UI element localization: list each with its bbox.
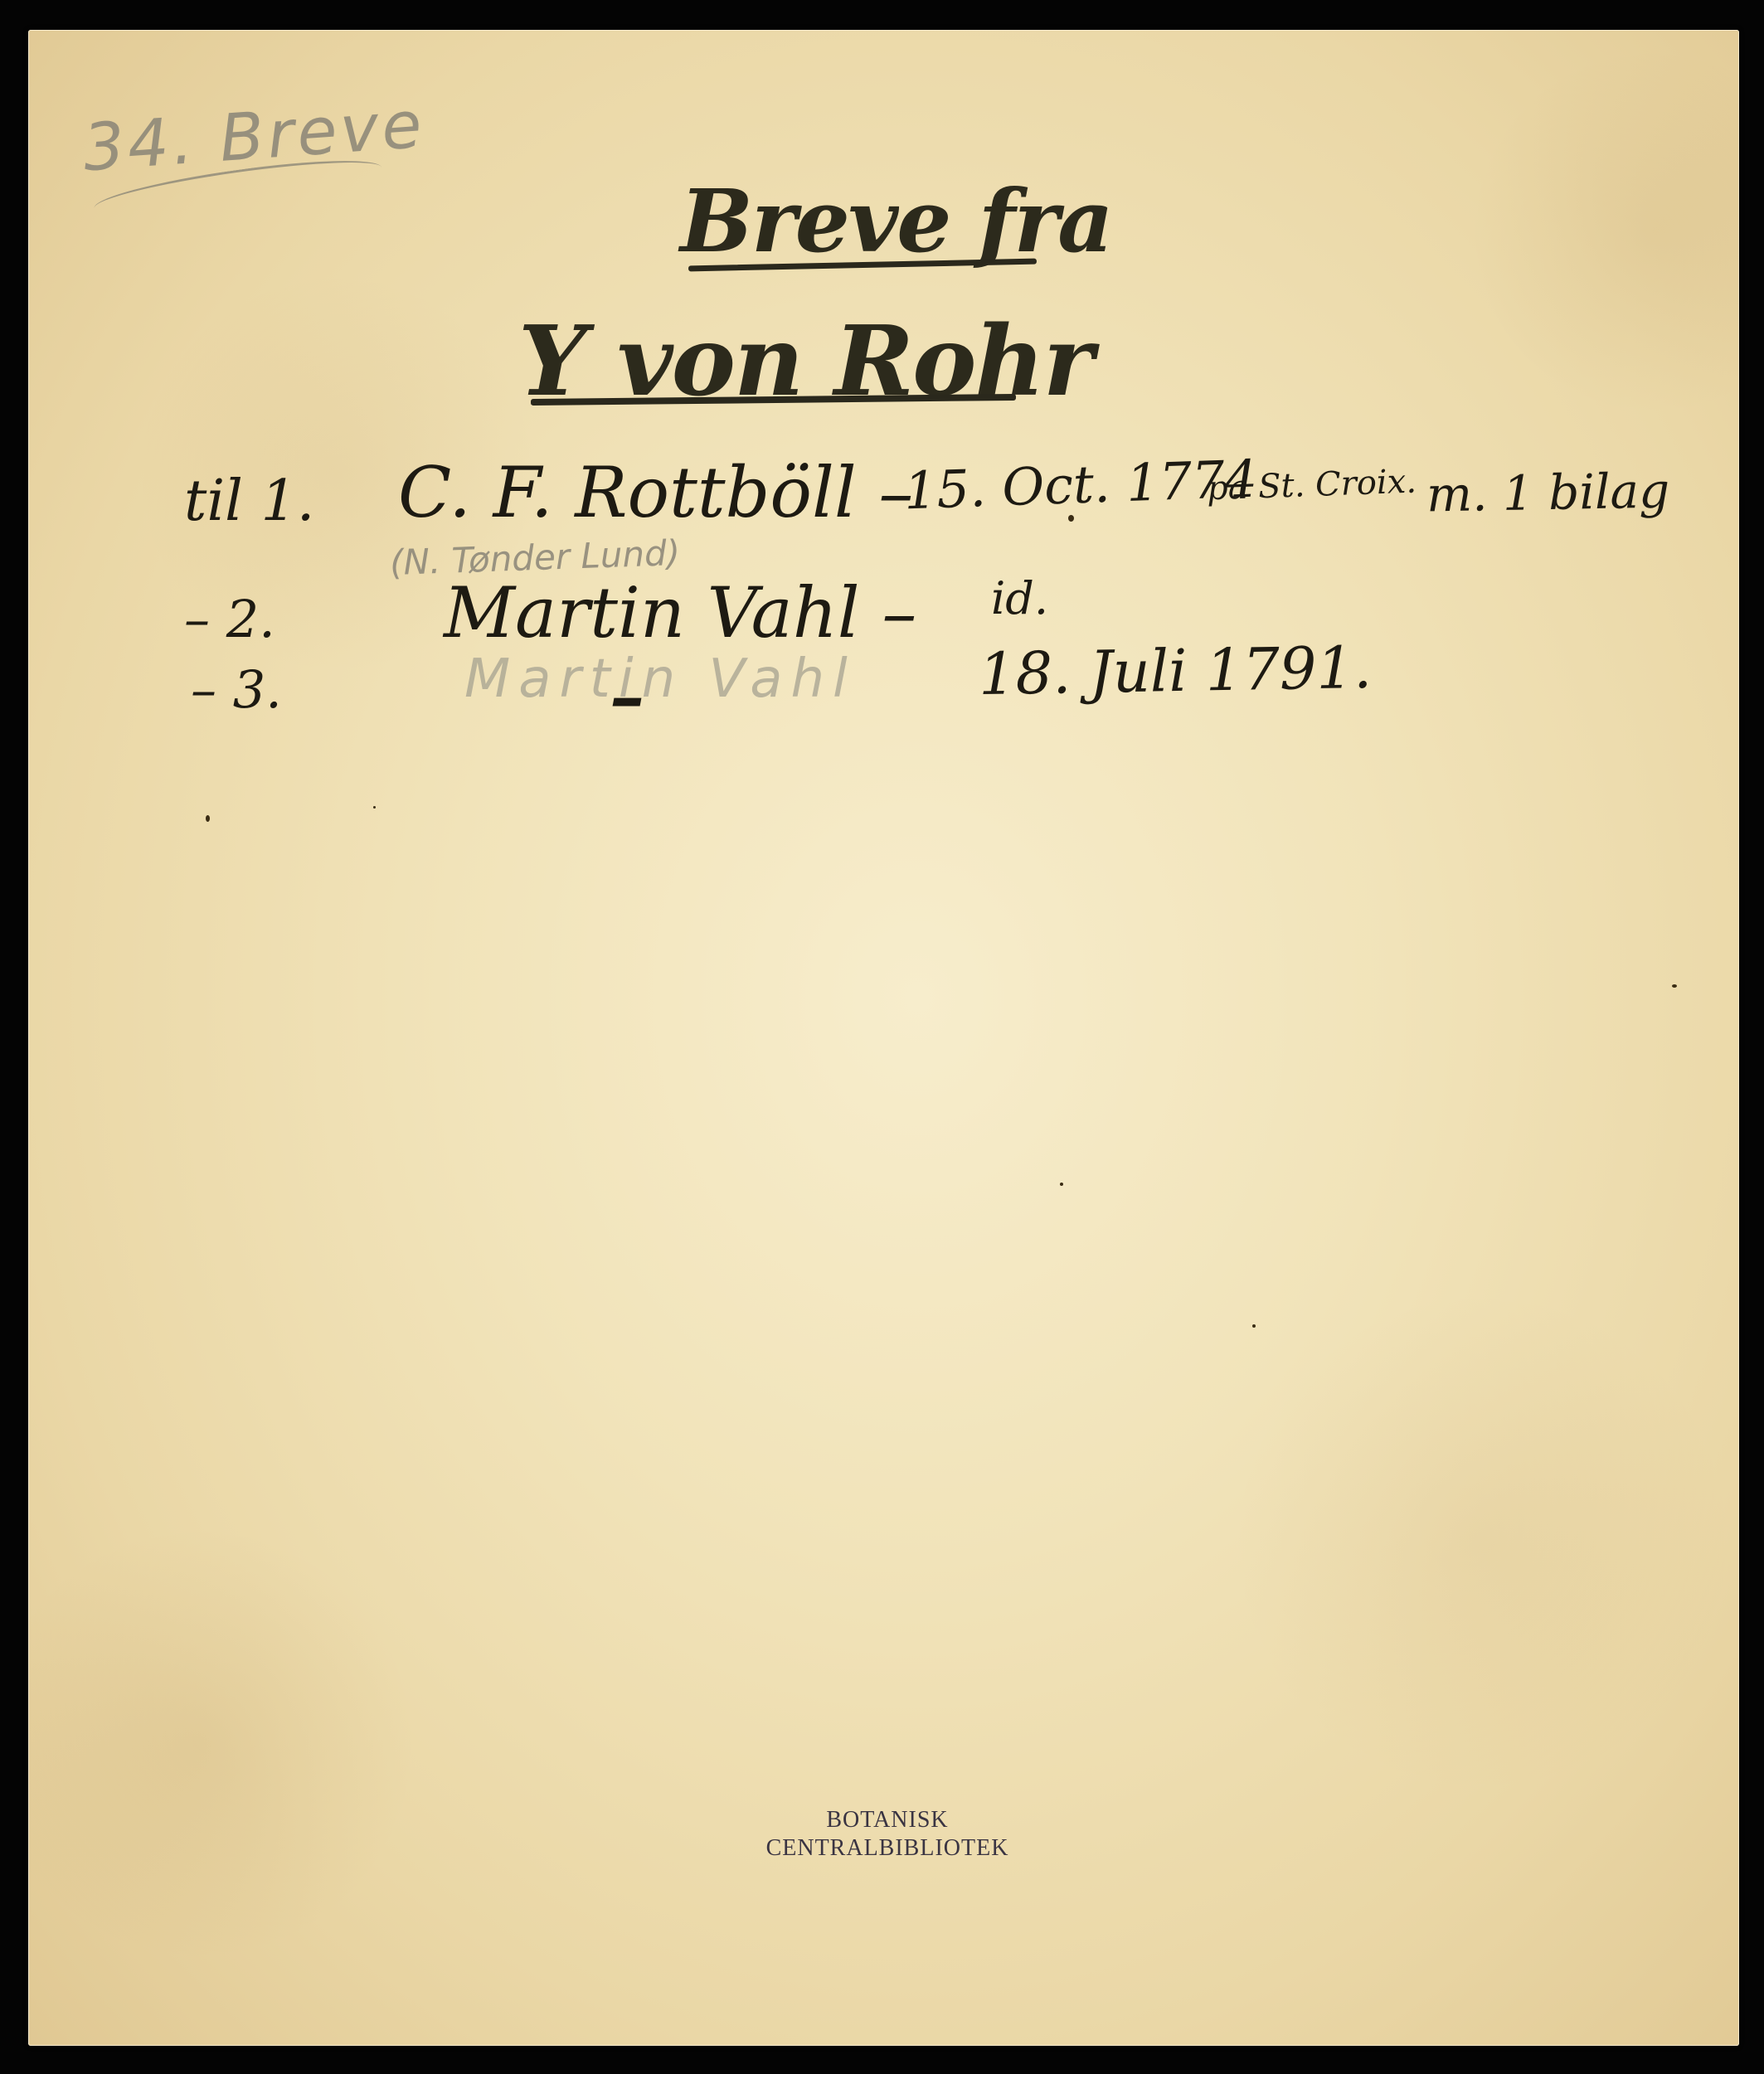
library-stamp: BOTANISK CENTRALBIBLIOTEK [697, 1806, 1078, 1863]
stamp-line-2: CENTRALBIBLIOTEK [697, 1834, 1078, 1863]
heading-line-1: Breve fra [680, 170, 1112, 272]
entry-3-prefix: – 3. [191, 659, 282, 720]
ink-speck [1672, 984, 1677, 988]
ink-speck [1252, 1324, 1256, 1328]
ink-speck [206, 815, 210, 822]
entry-1-recipient: C. F. Rottböll – [398, 452, 913, 533]
ink-speck [1060, 1183, 1063, 1186]
entry-3-recipient-dash: – [610, 655, 644, 737]
entry-2-prefix: – 2. [184, 589, 275, 649]
entry-3-recipient-pencil: Martin Vahl [464, 648, 856, 710]
entry-3-date: 18. Juli 1791. [978, 634, 1372, 708]
ink-speck [373, 806, 376, 809]
entry-2-recipient: Martin Vahl – [444, 572, 916, 653]
entry-1-date: 15. Oct. 1774 [903, 449, 1258, 522]
entry-1-enclosure: m. 1 bilag [1426, 462, 1669, 522]
entry-1-prefix: til 1. [184, 469, 314, 534]
entry-2-date: id. [991, 572, 1048, 624]
ink-speck [1068, 515, 1074, 522]
entry-1-place: pa St. Croix. [1206, 463, 1417, 508]
stamp-line-1: BOTANISK [697, 1806, 1078, 1834]
